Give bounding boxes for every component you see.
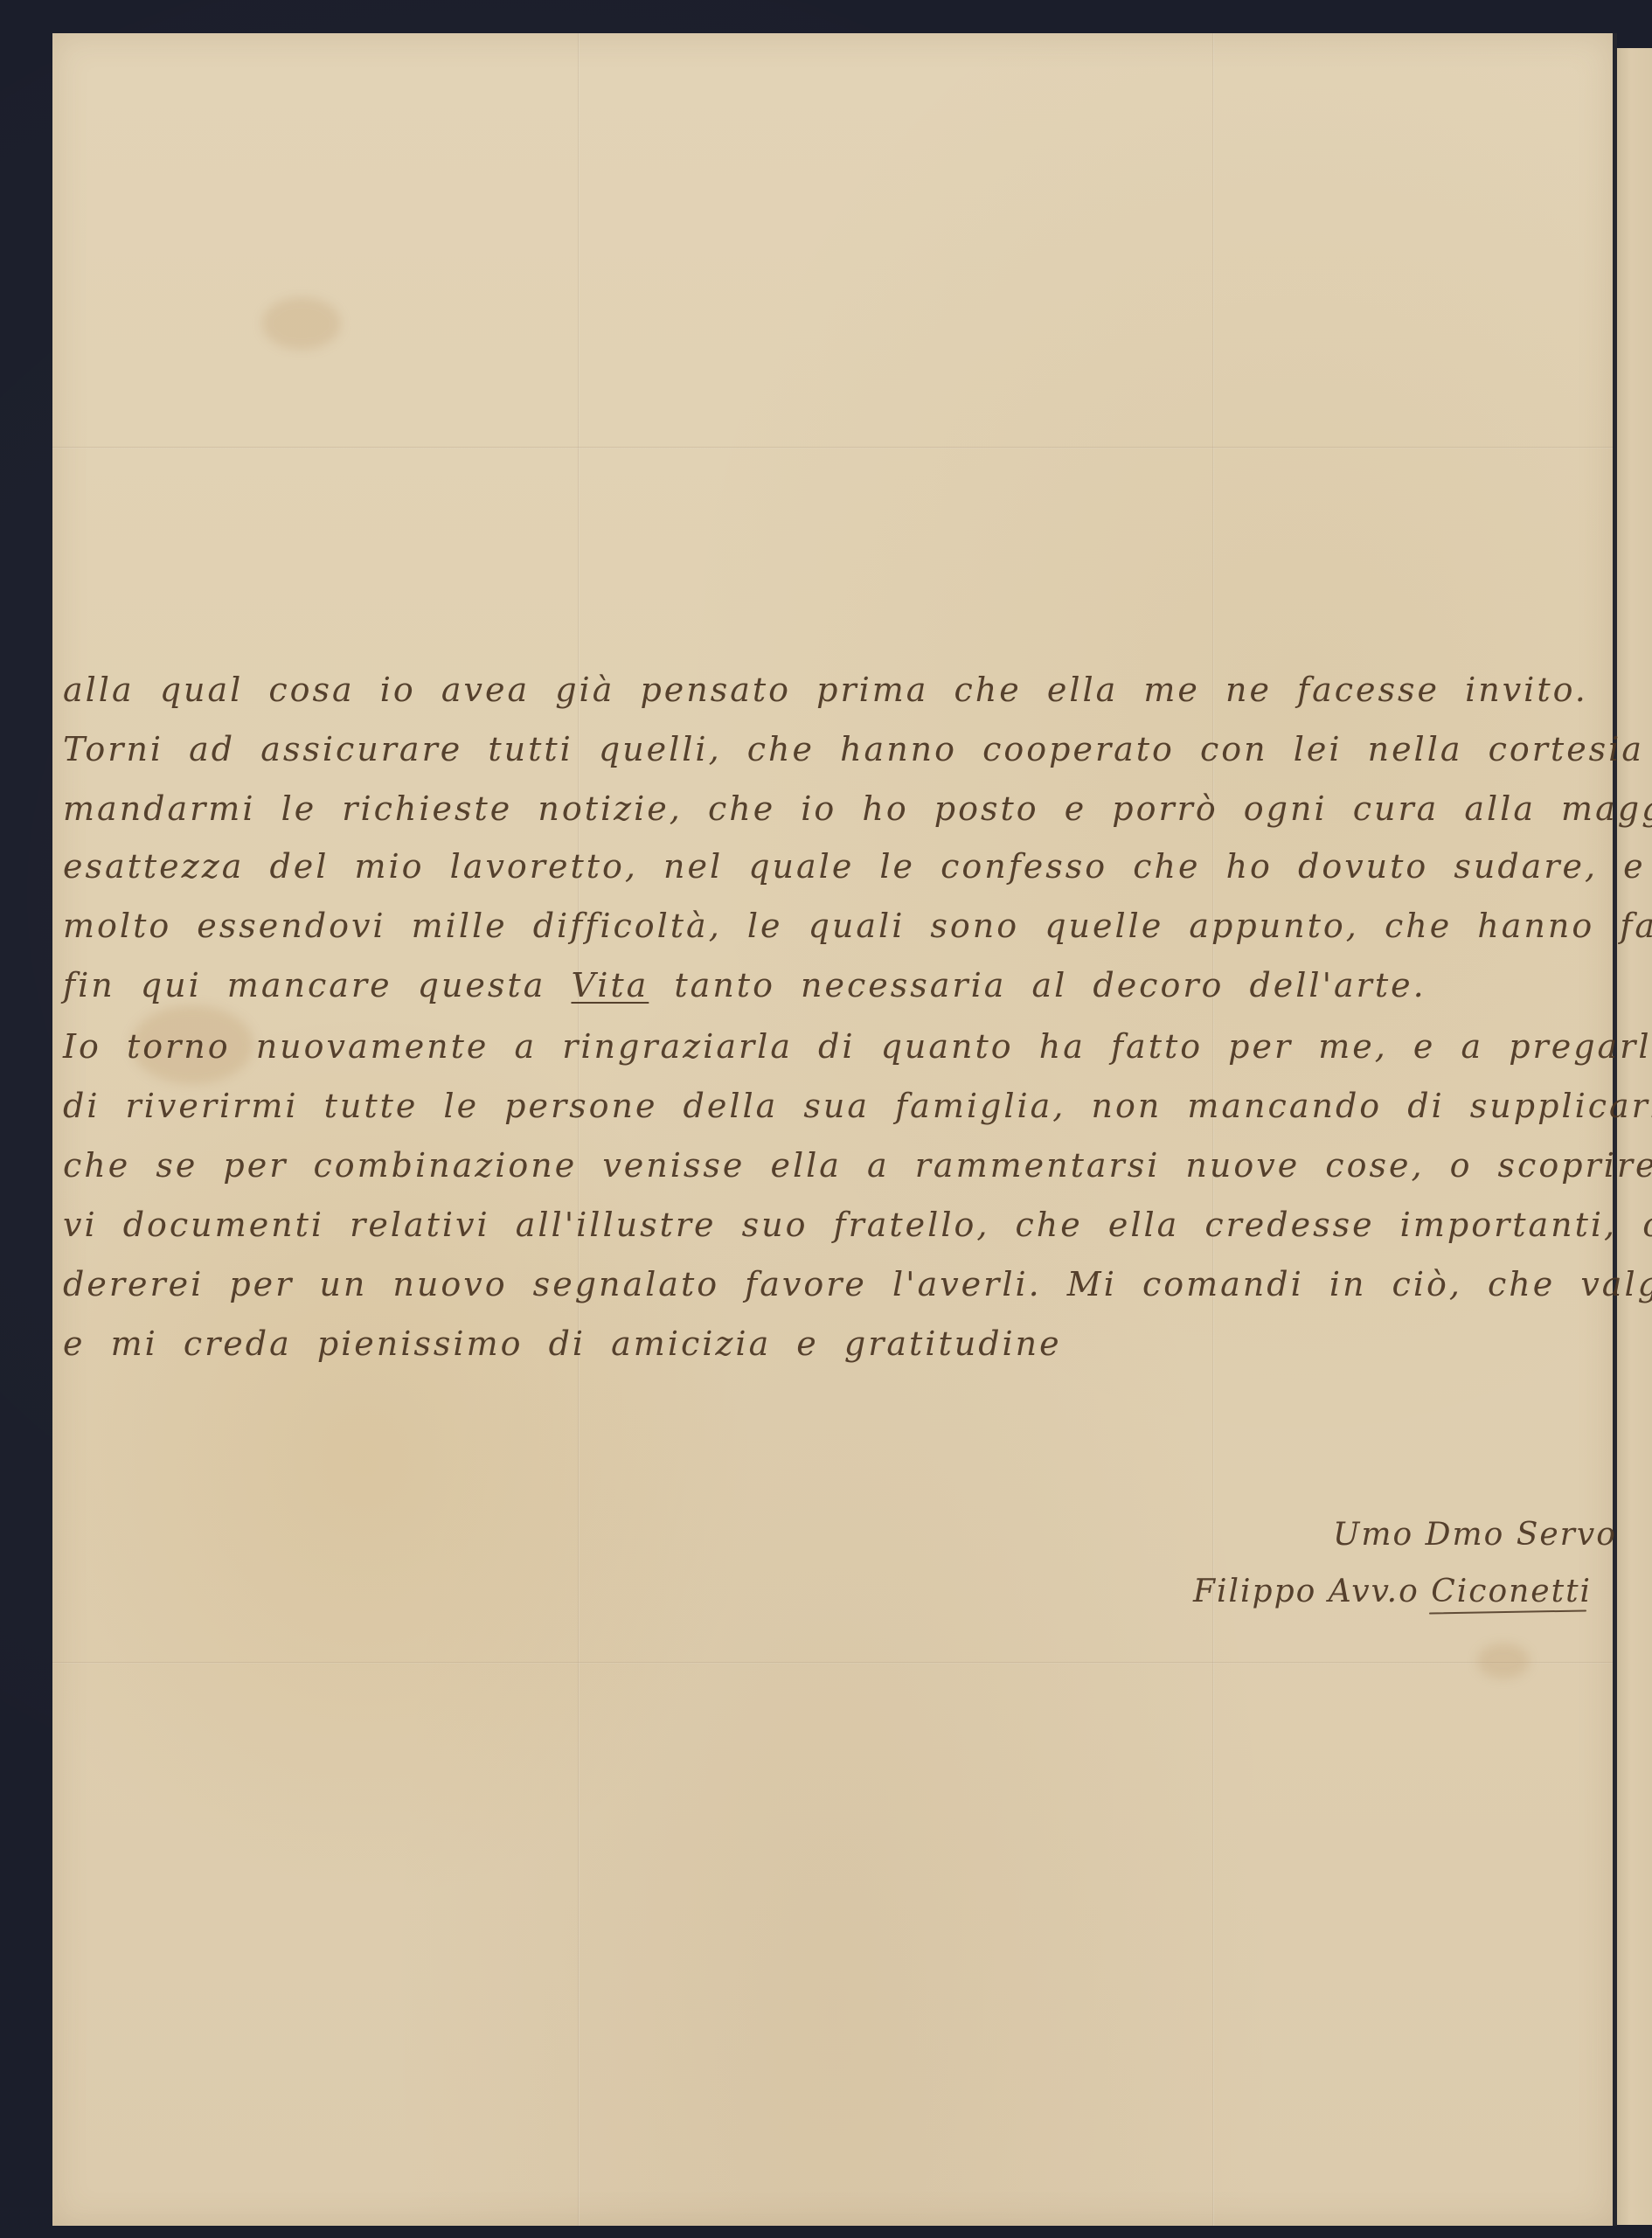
signature-underline xyxy=(1429,1609,1586,1614)
letter-line: di riverirmi tutte le persone della sua … xyxy=(63,1089,1610,1122)
letter-line: fin qui mancare questa Vita tanto necess… xyxy=(63,969,1610,1002)
closing-salutation: Umo Dmo Servo xyxy=(1333,1517,1617,1553)
letter-line: alla qual cosa io avea già pensato prima… xyxy=(63,673,1610,706)
letter-line: che se per combinazione venisse ella a r… xyxy=(63,1149,1610,1182)
underlined-word: Vita xyxy=(571,966,649,1004)
letter-text: alla qual cosa io avea già pensato prima… xyxy=(0,0,1652,2238)
letter-line: mandarmi le richieste notizie, che io ho… xyxy=(63,792,1610,825)
letter-line: e mi creda pienissimo di amicizia e grat… xyxy=(63,1327,1610,1360)
letter-line: vi documenti relativi all'illustre suo f… xyxy=(63,1208,1610,1241)
letter-line: esattezza del mio lavoretto, nel quale l… xyxy=(63,850,1610,883)
signature: Filippo Avv.o Ciconetti xyxy=(1193,1574,1592,1609)
letter-line: Io torno nuovamente a ringraziarla di qu… xyxy=(63,1030,1610,1063)
scan-background: alla qual cosa io avea già pensato prima… xyxy=(0,0,1652,2238)
letter-line: Torni ad assicurare tutti quelli, che ha… xyxy=(63,733,1610,766)
letter-text-fragment: fin qui mancare questa xyxy=(63,966,545,1004)
letter-text-fragment: tanto necessaria al decoro dell'arte. xyxy=(674,966,1426,1004)
letter-line: dererei per un nuovo segnalato favore l'… xyxy=(63,1268,1610,1301)
letter-line: molto essendovi mille difficoltà, le qua… xyxy=(63,909,1610,942)
